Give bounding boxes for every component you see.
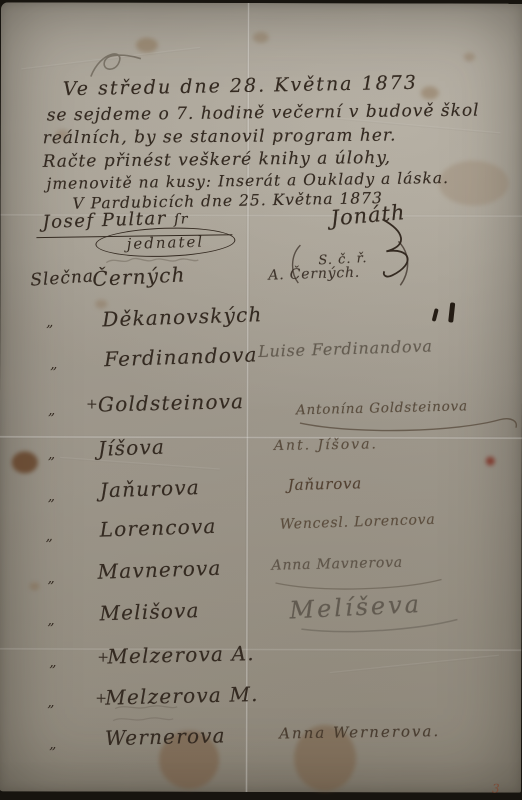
plus-mark: + [86, 397, 98, 413]
notice-line-2: se sejdeme o 7. hodině večerní v budově … [47, 101, 480, 126]
paper-wrinkle [330, 655, 499, 674]
attendee-signature: Anna Mavnerova [271, 555, 403, 574]
list-item-name: Černých [92, 262, 186, 291]
ditto-mark: „ [47, 612, 55, 628]
ink-check-mark [448, 302, 455, 322]
ditto-mark: „ [48, 570, 56, 586]
attendee-signature: Melíševa [289, 590, 423, 625]
list-item-name: Melišova [99, 598, 200, 625]
list-item-name: Goldsteinova [98, 389, 245, 416]
close-paren-flourish [396, 239, 412, 287]
list-item-name: Jaňurova [99, 475, 200, 502]
countersignature: Jonáth [330, 200, 407, 230]
photograph-background: Ve středu dne 28. Května 1873 se sejdeme… [0, 0, 522, 800]
list-item-name: Ferdinandova [104, 342, 258, 371]
signature-suffix-mark: ſr [174, 211, 189, 227]
horizontal-fold-crease [0, 647, 521, 651]
paper-stain [136, 38, 158, 53]
paper-stain [464, 53, 475, 62]
list-item-name: Jíšova [97, 435, 165, 461]
notice-line-3: reálních, by se stanovil program her. [43, 126, 397, 149]
paper-wrinkle [21, 47, 200, 70]
horizontal-fold-crease [0, 435, 522, 439]
paper-stain [253, 32, 269, 43]
list-item-name: Melzerova A. [107, 641, 255, 668]
attendee-signature: Ant. Jíšova. [274, 436, 378, 454]
document-paper: Ve středu dne 28. Května 1873 se sejdeme… [0, 2, 522, 792]
list-item-name: Děkanovských [102, 302, 263, 331]
list-item-name: Melzerova M. [105, 682, 259, 710]
ditto-mark: „ [46, 528, 54, 544]
list-item-name: Mavnerova [97, 556, 222, 584]
notice-line-5: jmenovitě na kusy: Inserát a Ouklady a l… [46, 169, 449, 193]
ditto-mark: „ [48, 446, 56, 462]
attendee-signature: Anna Wernerova. [279, 722, 440, 742]
ditto-mark: „ [48, 402, 56, 418]
ditto-mark: „ [46, 314, 54, 330]
ink-blot-stain [12, 451, 38, 473]
ditto-mark: „ [50, 356, 58, 372]
page-number: 3 [492, 782, 500, 796]
red-spot-stain [486, 457, 495, 466]
ditto-mark: „ [49, 736, 57, 752]
ditto-mark: „ [48, 488, 56, 504]
list-prefix-slecna: Slečna [30, 266, 95, 290]
paper-stain [29, 582, 39, 590]
organizer-role: jednatel [126, 232, 204, 252]
list-item-name: Wernerova [105, 723, 226, 750]
signature-underline-swash [298, 415, 520, 436]
ditto-mark: „ [47, 694, 55, 710]
attendee-signature: Jaňurova [288, 474, 363, 494]
ink-check-mark [432, 308, 439, 322]
attendee-signature: Antonína Goldsteinova [296, 398, 468, 418]
attendee-signature: Wencesl. Lorencova [279, 512, 435, 533]
notice-line-4: Račte přinést veškeré knihy a úlohy, [43, 148, 392, 172]
ditto-mark: „ [49, 654, 57, 670]
paper-stain [421, 86, 439, 99]
attendee-signature: A. Černých. [268, 265, 360, 284]
list-item-name: Lorencova [99, 514, 217, 542]
notice-line-1: Ve středu dne 28. Května 1873 [63, 72, 418, 101]
attendee-signature: Luise Ferdinandova [258, 336, 433, 361]
